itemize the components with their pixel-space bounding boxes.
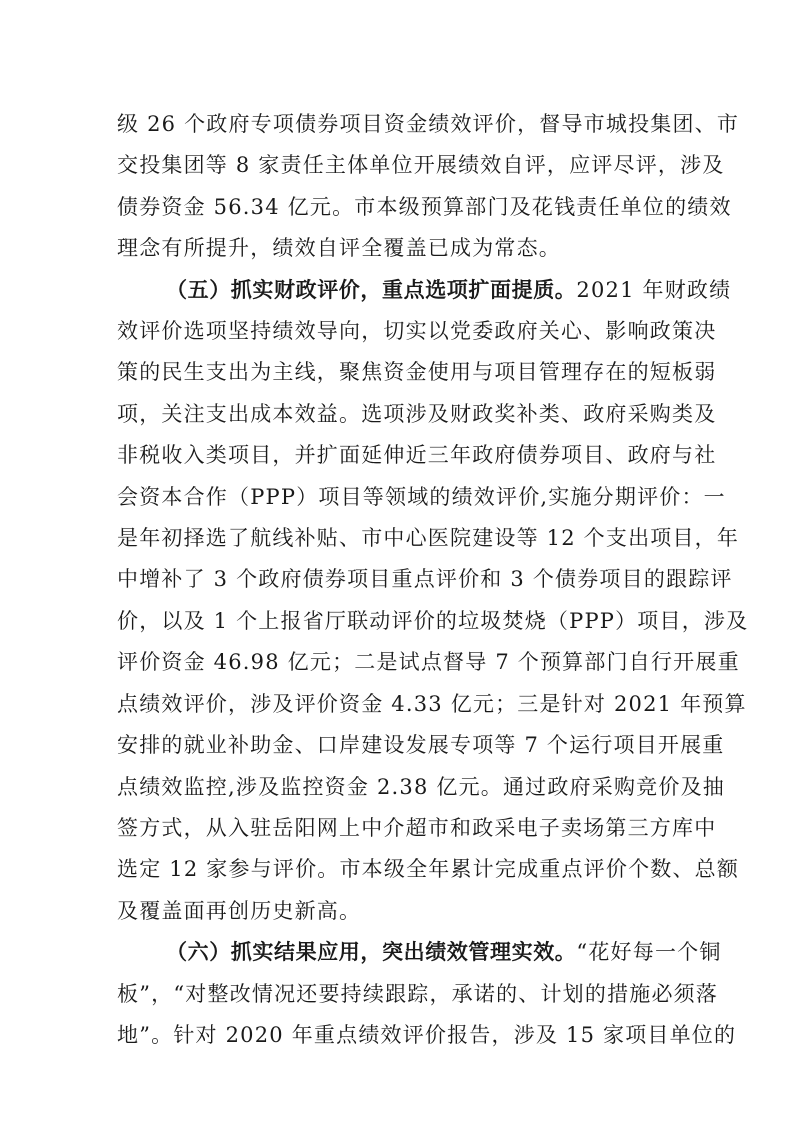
section-heading-line: （六）抓实结果应用，突出绩效管理实效。“花好每一个铜 [117, 932, 707, 973]
text-line: 中增补了 3 个政府债券项目重点评价和 3 个债券项目的跟踪评 [117, 559, 707, 600]
text-run: 2021 年财政绩 [576, 278, 731, 302]
text-line: 价，以及 1 个上报省厅联动评价的垃圾焚烧（PPP）项目，涉及 [117, 601, 707, 642]
text-line: 板”，“对整改情况还要持续跟踪，承诺的、计划的措施必须落 [117, 974, 707, 1015]
section-heading-6: （六）抓实结果应用，突出绩效管理实效。 [166, 940, 576, 964]
text-line: 地”。针对 2020 年重点绩效评价报告，涉及 15 家项目单位的 [117, 1015, 707, 1056]
paragraph-section-6: （六）抓实结果应用，突出绩效管理实效。“花好每一个铜 板”，“对整改情况还要持续… [117, 932, 707, 1056]
text-line: 理念有所提升，绩效自评全覆盖已成为常态。 [117, 228, 707, 269]
text-line: 安排的就业补助金、口岸建设发展专项等 7 个运行项目开展重 [117, 725, 707, 766]
text-run: “花好每一个铜 [576, 940, 721, 964]
text-line: 级 26 个政府专项债券项目资金绩效评价，督导市城投集团、市 [117, 104, 707, 145]
paragraph-self-evaluation-continued: 级 26 个政府专项债券项目资金绩效评价，督导市城投集团、市 交投集团等 8 家… [117, 104, 707, 270]
text-line: 选定 12 家参与评价。市本级全年累计完成重点评价个数、总额 [117, 849, 707, 890]
text-line: 点绩效监控,涉及监控资金 2.38 亿元。通过政府采购竞价及抽 [117, 767, 707, 808]
text-line: 评价资金 46.98 亿元；二是试点督导 7 个预算部门自行开展重 [117, 642, 707, 683]
text-line: 效评价选项坚持绩效导向，切实以党委政府关心、影响政策决 [117, 311, 707, 352]
text-line: 会资本合作（PPP）项目等领域的绩效评价,实施分期评价：一 [117, 477, 707, 518]
text-line: 项，关注支出成本效益。选项涉及财政奖补类、政府采购类及 [117, 394, 707, 435]
text-line: 签方式，从入驻岳阳网上中介超市和政采电子卖场第三方库中 [117, 808, 707, 849]
text-line: 债券资金 56.34 亿元。市本级预算部门及花钱责任单位的绩效 [117, 187, 707, 228]
text-line: 是年初择选了航线补贴、市中心医院建设等 12 个支出项目，年 [117, 518, 707, 559]
text-line: 及覆盖面再创历史新高。 [117, 891, 707, 932]
document-page: 级 26 个政府专项债券项目资金绩效评价，督导市城投集团、市 交投集团等 8 家… [117, 104, 707, 1056]
section-heading-5: （五）抓实财政评价，重点选项扩面提质。 [166, 278, 576, 302]
paragraph-section-5: （五）抓实财政评价，重点选项扩面提质。2021 年财政绩 效评价选项坚持绩效导向… [117, 270, 707, 933]
text-line: 点绩效评价，涉及评价资金 4.33 亿元；三是针对 2021 年预算 [117, 684, 707, 725]
text-line: 非税收入类项目，并扩面延伸近三年政府债券项目、政府与社 [117, 435, 707, 476]
section-heading-line: （五）抓实财政评价，重点选项扩面提质。2021 年财政绩 [117, 270, 707, 311]
text-line: 策的民生支出为主线，聚焦资金使用与项目管理存在的短板弱 [117, 352, 707, 393]
text-line: 交投集团等 8 家责任主体单位开展绩效自评，应评尽评，涉及 [117, 145, 707, 186]
